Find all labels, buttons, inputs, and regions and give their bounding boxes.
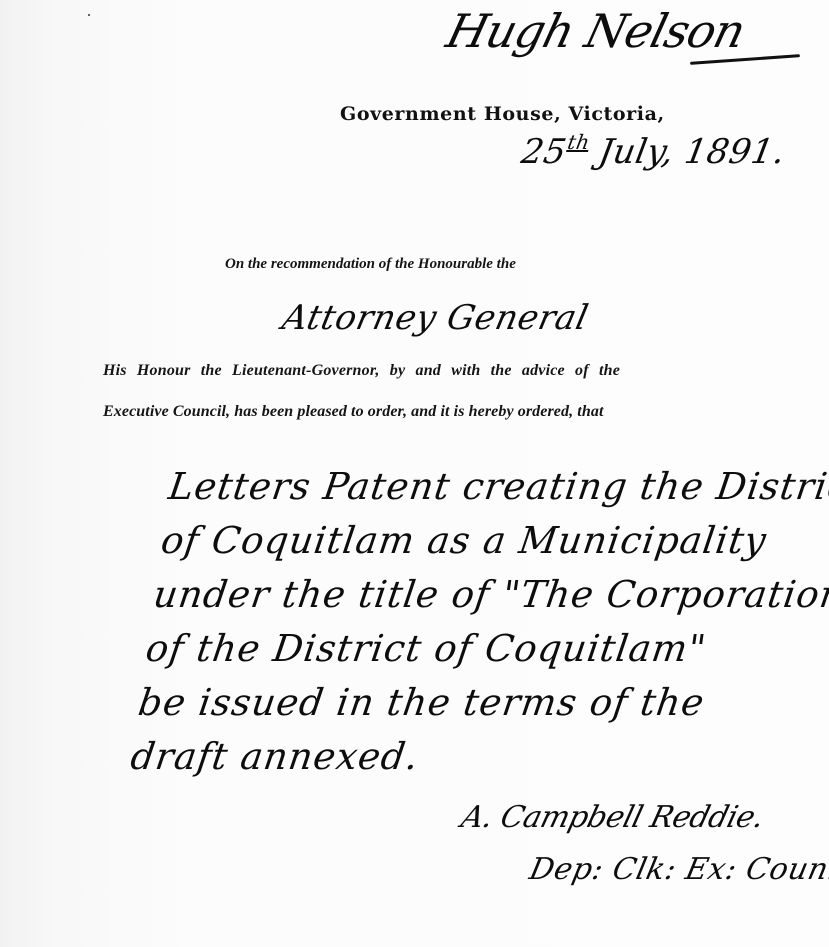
order-line: of the District of Coquitlam" (142, 622, 829, 676)
body-line-2-rest: Council, has been pleased to order, and … (169, 403, 604, 420)
document-date: 25th July, 1891. (518, 130, 788, 172)
office-title: Attorney General (279, 298, 592, 338)
date-month-year: July, 1891. (596, 132, 789, 172)
letterhead: Government House, Victoria, (340, 103, 665, 125)
date-ordinal: th (566, 130, 592, 154)
order-line: draft annexed. (127, 730, 829, 784)
order-text: Letters Patent creating the District of … (127, 460, 829, 784)
lieutenant-governor-signature: Hugh Nelson (441, 4, 750, 58)
recommendation-line: On the recommendation of the Honourable … (225, 256, 516, 273)
order-line: be issued in the terms of the (135, 676, 829, 730)
document-page: Hugh Nelson Government House, Victoria, … (0, 0, 829, 947)
scan-speck (88, 14, 90, 16)
order-line: under the title of "The Corporation (150, 568, 829, 622)
body-line-1: His Honour the Lieutenant-Governor, by a… (103, 362, 620, 380)
date-day: 25 (518, 132, 569, 172)
body-line-2: Executive Council, has been pleased to o… (103, 403, 604, 421)
body-line-2-first-word: Executive (103, 403, 169, 420)
order-line: of Coquitlam as a Municipality (158, 514, 829, 568)
clerk-signature: A. Campbell Reddie. (458, 800, 768, 835)
clerk-title: Dep: Clk: Ex: Coun: (526, 852, 829, 887)
order-line: Letters Patent creating the District (165, 460, 829, 514)
